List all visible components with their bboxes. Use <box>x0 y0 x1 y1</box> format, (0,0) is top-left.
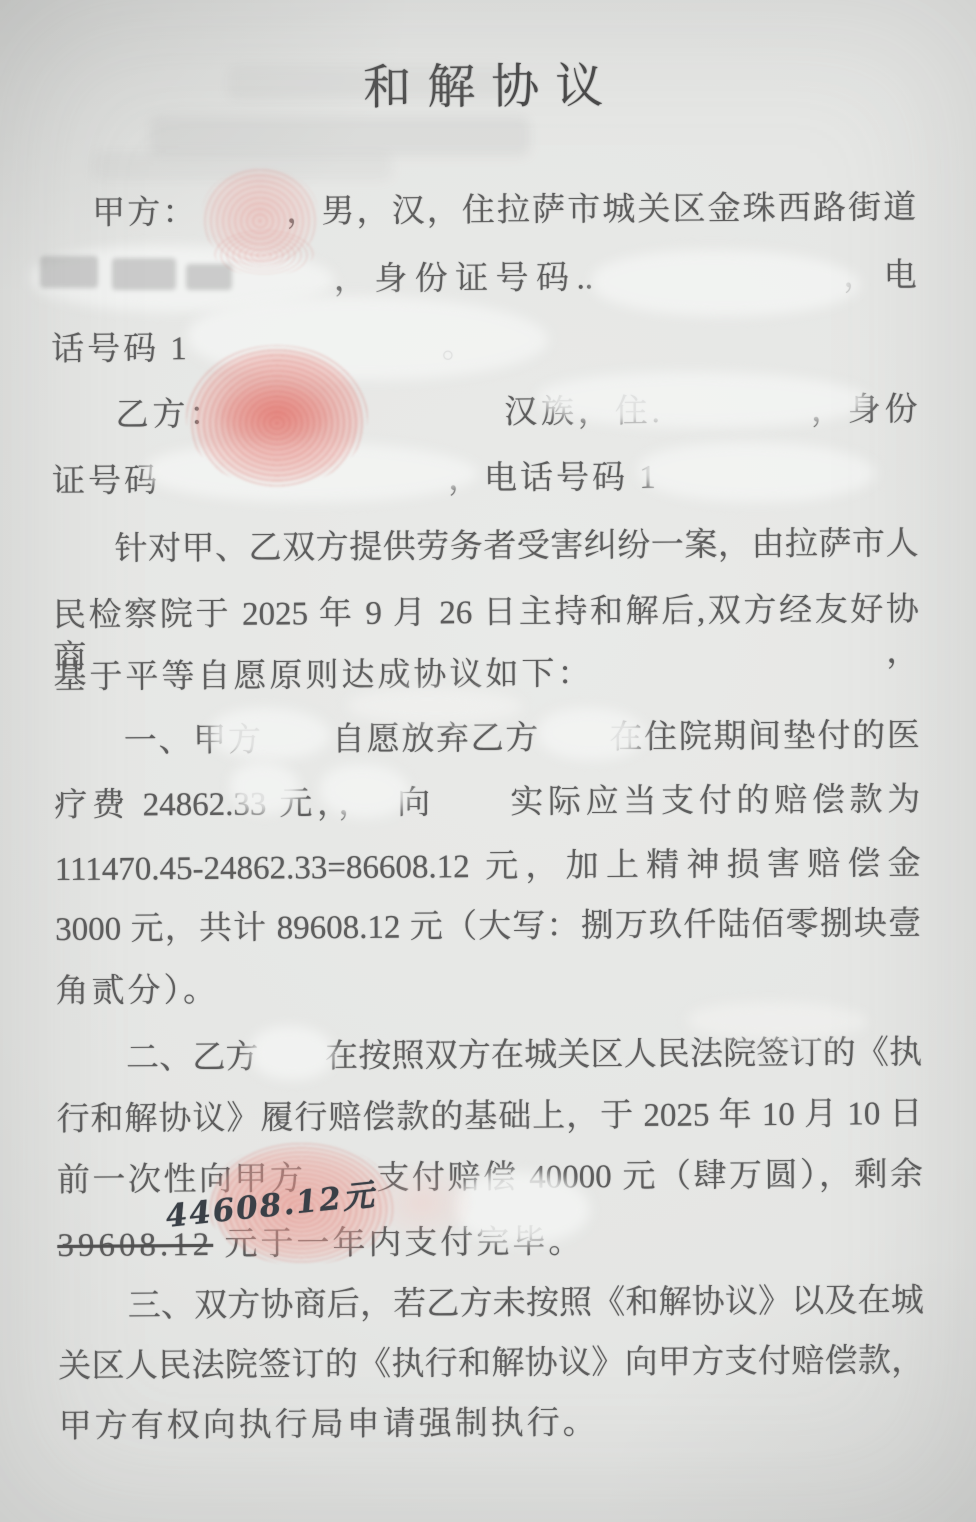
clause-2-line-2: 行和解协议》履行赔偿款的基础上，于 2025 年 10 月 10 日 <box>56 1093 922 1141</box>
photographed-document: 和解协议 甲方： ，男，汉，住拉萨市城关区金珠西路街道 ，身份证号码.. ，电 … <box>0 0 976 1522</box>
redaction-smudge <box>688 1002 868 1040</box>
clause-1-line-2: 疗费 24862.33 元，， 向 实际应当支付的赔偿款为 <box>54 779 920 827</box>
fingerprint-ridges <box>214 230 313 275</box>
redaction-smudge-clause1-name-a <box>210 708 330 760</box>
clause-1-line-1: 一、甲方 自愿放弃乙方 在住院期间垫付的医 <box>54 715 920 763</box>
fingerprint-stamp-party-b <box>193 350 361 482</box>
fingerprint-ridges <box>186 345 367 488</box>
fingerprint-stamp-clause-2-edge <box>372 1165 472 1240</box>
clause-1-line-3: 111470.45-24862.33=86608.12 元，加上精神损害赔偿金 <box>55 843 921 891</box>
redaction-smudge <box>348 688 523 724</box>
clause-1-line-4: 3000 元，共计 89608.12 元（大写：捌万玖仟陆佰零捌块壹 <box>55 903 921 951</box>
ghost-text-bleedthrough <box>150 116 530 156</box>
redaction-smudge-party-a-id <box>592 250 860 316</box>
clause-3-line-3: 甲方有权向执行局申请强制执行。 <box>58 1400 924 1448</box>
preamble-line-1: 针对甲、乙双方提供劳务者受害纠纷一案，由拉萨市人 <box>52 523 918 571</box>
erased-text-remnant <box>40 256 98 288</box>
redaction-smudge-party-b-phone <box>638 442 876 502</box>
party-a-line-1: 甲方： ，男，汉，住拉萨市城关区金珠西路街道 <box>50 187 916 235</box>
redaction-smudge <box>320 764 410 818</box>
clause-3-line-1: 三、双方协商后，若乙方未按照《和解协议》以及在城 <box>58 1280 924 1328</box>
ghost-text-bleedthrough <box>228 66 508 100</box>
document-text-layer: 和解协议 甲方： ，男，汉，住拉萨市城关区金珠西路街道 ，身份证号码.. ，电 … <box>0 0 976 1522</box>
redaction-smudge-clause2-name-b <box>250 1026 335 1080</box>
redaction-smudge <box>230 762 300 814</box>
fingerprint-stamp-party-a-tail <box>218 232 310 274</box>
redaction-smudge-clause2 <box>455 1172 590 1244</box>
redaction-smudge-party-b-address <box>538 372 870 428</box>
clause-3-line-2: 关区人民法院签订的《执行和解协议》向甲方支付赔偿款， <box>58 1340 924 1388</box>
erased-text-remnant <box>112 258 176 290</box>
redaction-smudge-clause1-name-b <box>538 708 646 760</box>
fingerprint-core <box>372 1165 472 1240</box>
